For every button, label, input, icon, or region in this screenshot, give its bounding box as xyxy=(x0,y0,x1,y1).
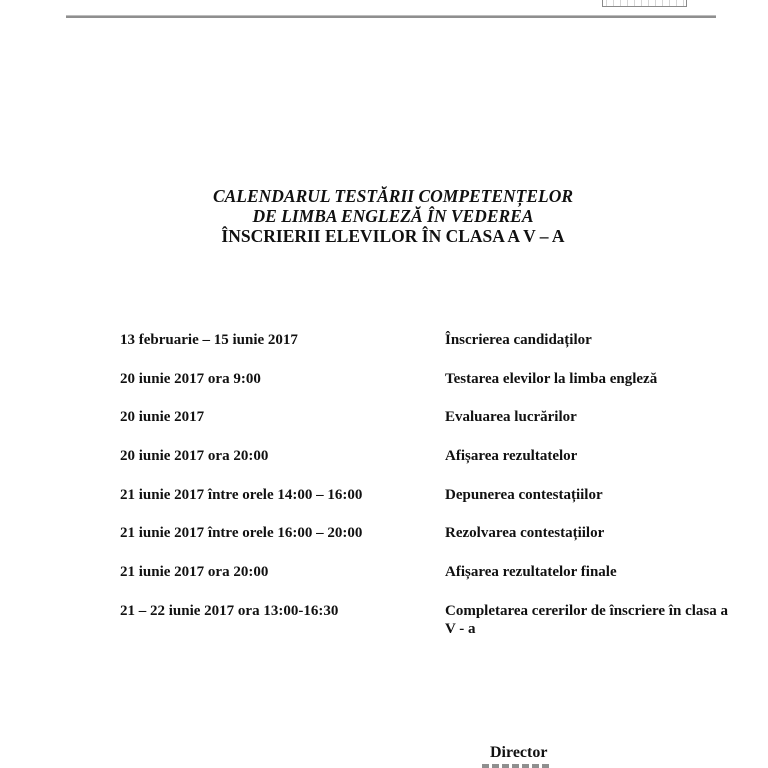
schedule-date: 21 iunie 2017 ora 20:00 xyxy=(120,563,268,581)
schedule-row: 13 februarie – 15 iunie 2017 Înscrierea … xyxy=(120,331,740,370)
signature-name-cutoff xyxy=(482,764,552,768)
schedule-row: 20 iunie 2017 Evaluarea lucrărilor xyxy=(120,408,740,447)
schedule-activity: Afișarea rezultatelor xyxy=(445,447,735,465)
schedule-table: 13 februarie – 15 iunie 2017 Înscrierea … xyxy=(120,331,740,641)
schedule-row: 21 iunie 2017 între orele 14:00 – 16:00 … xyxy=(120,486,740,525)
institution-logo-icon xyxy=(602,0,687,7)
schedule-activity: Evaluarea lucrărilor xyxy=(445,408,735,426)
signature-role: Director xyxy=(490,744,547,762)
schedule-activity: Înscrierea candidaților xyxy=(445,331,735,349)
schedule-activity: Afișarea rezultatelor finale xyxy=(445,563,735,581)
schedule-row: 21 – 22 iunie 2017 ora 13:00-16:30 Compl… xyxy=(120,602,740,641)
schedule-activity: Testarea elevilor la limba engleză xyxy=(445,370,735,388)
title-line-2: DE LIMBA ENGLEZĂ ÎN VEDEREA xyxy=(0,206,768,226)
header-divider xyxy=(66,15,716,18)
schedule-date: 21 iunie 2017 între orele 16:00 – 20:00 xyxy=(120,524,362,542)
schedule-date: 20 iunie 2017 ora 9:00 xyxy=(120,370,261,388)
schedule-date: 21 iunie 2017 între orele 14:00 – 16:00 xyxy=(120,486,362,504)
document-title: CALENDARUL TESTĂRII COMPETENȚELOR DE LIM… xyxy=(0,186,768,246)
schedule-row: 21 iunie 2017 între orele 16:00 – 20:00 … xyxy=(120,524,740,563)
title-line-3: ÎNSCRIERII ELEVILOR ÎN CLASA A V – A xyxy=(0,226,768,246)
schedule-activity: Completarea cererilor de înscriere în cl… xyxy=(445,602,735,638)
title-line-1: CALENDARUL TESTĂRII COMPETENȚELOR xyxy=(0,186,768,206)
schedule-date: 21 – 22 iunie 2017 ora 13:00-16:30 xyxy=(120,602,338,620)
schedule-row: 20 iunie 2017 ora 20:00 Afișarea rezulta… xyxy=(120,447,740,486)
schedule-activity: Rezolvarea contestațiilor xyxy=(445,524,735,542)
schedule-date: 20 iunie 2017 xyxy=(120,408,204,426)
schedule-row: 20 iunie 2017 ora 9:00 Testarea elevilor… xyxy=(120,370,740,409)
schedule-activity: Depunerea contestațiilor xyxy=(445,486,735,504)
schedule-row: 21 iunie 2017 ora 20:00 Afișarea rezulta… xyxy=(120,563,740,602)
schedule-date: 20 iunie 2017 ora 20:00 xyxy=(120,447,268,465)
schedule-date: 13 februarie – 15 iunie 2017 xyxy=(120,331,298,349)
